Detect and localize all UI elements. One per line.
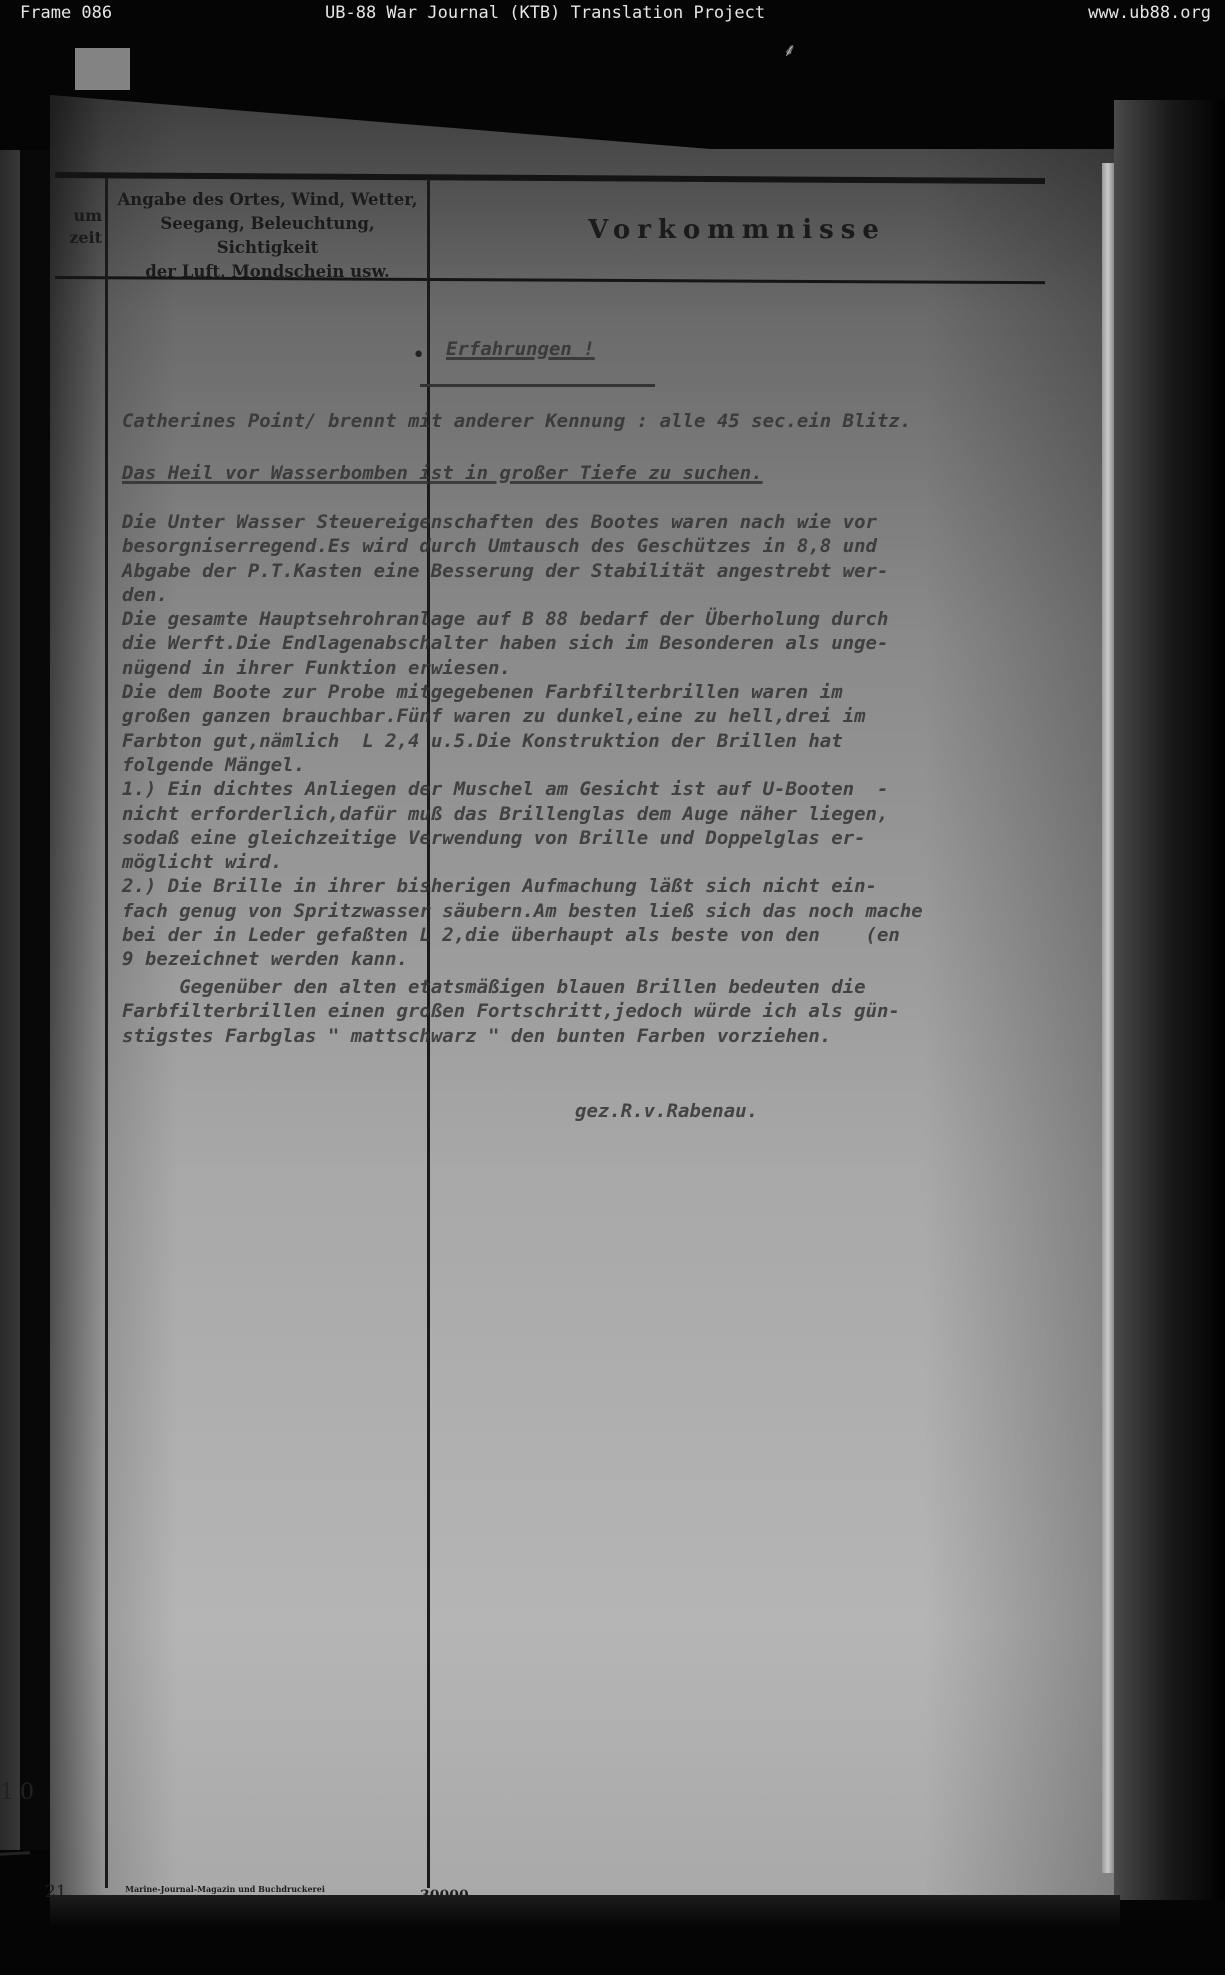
text-line: großen ganzen brauchbar.Fünf waren zu du… xyxy=(122,704,923,728)
column-header-datum-line: um xyxy=(52,205,102,227)
right-shadow xyxy=(1114,100,1225,1900)
website-link[interactable]: www.ub88.org xyxy=(1088,3,1211,23)
text-line: nügend in ihrer Funktion erwiesen. xyxy=(122,656,923,680)
column-header-datum-line: zeit xyxy=(52,227,102,249)
column-header-datum: um zeit xyxy=(52,205,102,249)
frame-number: Frame 086 xyxy=(20,3,112,23)
section-heading: Erfahrungen ! xyxy=(446,338,595,360)
closing-paragraph: Gegenüber den alten etatsmäßigen blauen … xyxy=(122,975,900,1048)
text-line: 9 bezeichnet werden kann. xyxy=(122,947,923,971)
printer-line: Marine-Journal-Magazin und Buchdruckerei xyxy=(100,1884,350,1895)
text-line: Farbton gut,nämlich L 2,4 u.5.Die Konstr… xyxy=(122,729,923,753)
text-line: Gegenüber den alten etatsmäßigen blauen … xyxy=(122,975,900,999)
column-divider-1 xyxy=(105,178,108,1888)
project-title: UB-88 War Journal (KTB) Translation Proj… xyxy=(325,3,765,23)
film-artifact xyxy=(75,48,130,90)
column-header-place-line: der Luft, Mondschein usw. xyxy=(110,260,425,284)
bottom-film-edge xyxy=(50,1895,1120,1975)
text-line: den. xyxy=(122,583,923,607)
text-line: sodaß eine gleichzeitige Verwendung von … xyxy=(122,826,923,850)
text-line: möglicht wird. xyxy=(122,850,923,874)
adjacent-page-number: 10 xyxy=(0,1780,40,1805)
depth-charge-note: Das Heil vor Wasserbomben ist in großer … xyxy=(122,462,763,484)
column-header-place-line: Angabe des Ortes, Wind, Wetter, xyxy=(110,188,425,212)
column-header-events: Vorkommnisse xyxy=(432,215,1042,245)
text-line: Die dem Boote zur Probe mitgegebenen Far… xyxy=(122,680,923,704)
text-line: besorgniserregend.Es wird durch Umtausch… xyxy=(122,534,923,558)
signature: gez.R.v.Rabenau. xyxy=(575,1100,758,1122)
text-line: nicht erforderlich,dafür muß das Brillen… xyxy=(122,802,923,826)
column-header-place-line: Seegang, Beleuchtung, Sichtigkeit xyxy=(110,212,425,260)
text-line: Die gesamte Hauptsehrohranlage auf B 88 … xyxy=(122,607,923,631)
bullet-dot: • xyxy=(412,343,425,368)
text-line: bei der in Leder gefaßten L 2,die überha… xyxy=(122,923,923,947)
binding-shadow xyxy=(20,150,50,1850)
page-edge xyxy=(1102,163,1114,1873)
lighthouse-note: Catherines Point/ brennt mit anderer Ken… xyxy=(122,410,911,432)
text-line: Die Unter Wasser Steuereigenschaften des… xyxy=(122,510,923,534)
text-line: fach genug von Spritzwasser säubern.Am b… xyxy=(122,899,923,923)
text-line: 2.) Die Brille in ihrer bisherigen Aufma… xyxy=(122,874,923,898)
column-header-place-weather: Angabe des Ortes, Wind, Wetter, Seegang,… xyxy=(110,188,425,284)
text-line: Abgabe der P.T.Kasten eine Besserung der… xyxy=(122,559,923,583)
text-line: die Werft.Die Endlagenabschalter haben s… xyxy=(122,631,923,655)
text-line: stigstes Farbglas " mattschwarz " den bu… xyxy=(122,1024,900,1048)
microfilm-header: Frame 086 UB-88 War Journal (KTB) Transl… xyxy=(0,0,1225,30)
heading-underline xyxy=(420,384,655,387)
adjacent-page-rule xyxy=(0,1851,30,1856)
scratch-mark-icon: ⸙ xyxy=(783,38,797,62)
text-line: folgende Mängel. xyxy=(122,753,923,777)
text-line: 1.) Ein dichtes Anliegen der Muschel am … xyxy=(122,777,923,801)
text-line: Farbfilterbrillen einen großen Fortschri… xyxy=(122,999,900,1023)
observations-paragraph: Die Unter Wasser Steuereigenschaften des… xyxy=(122,510,923,972)
